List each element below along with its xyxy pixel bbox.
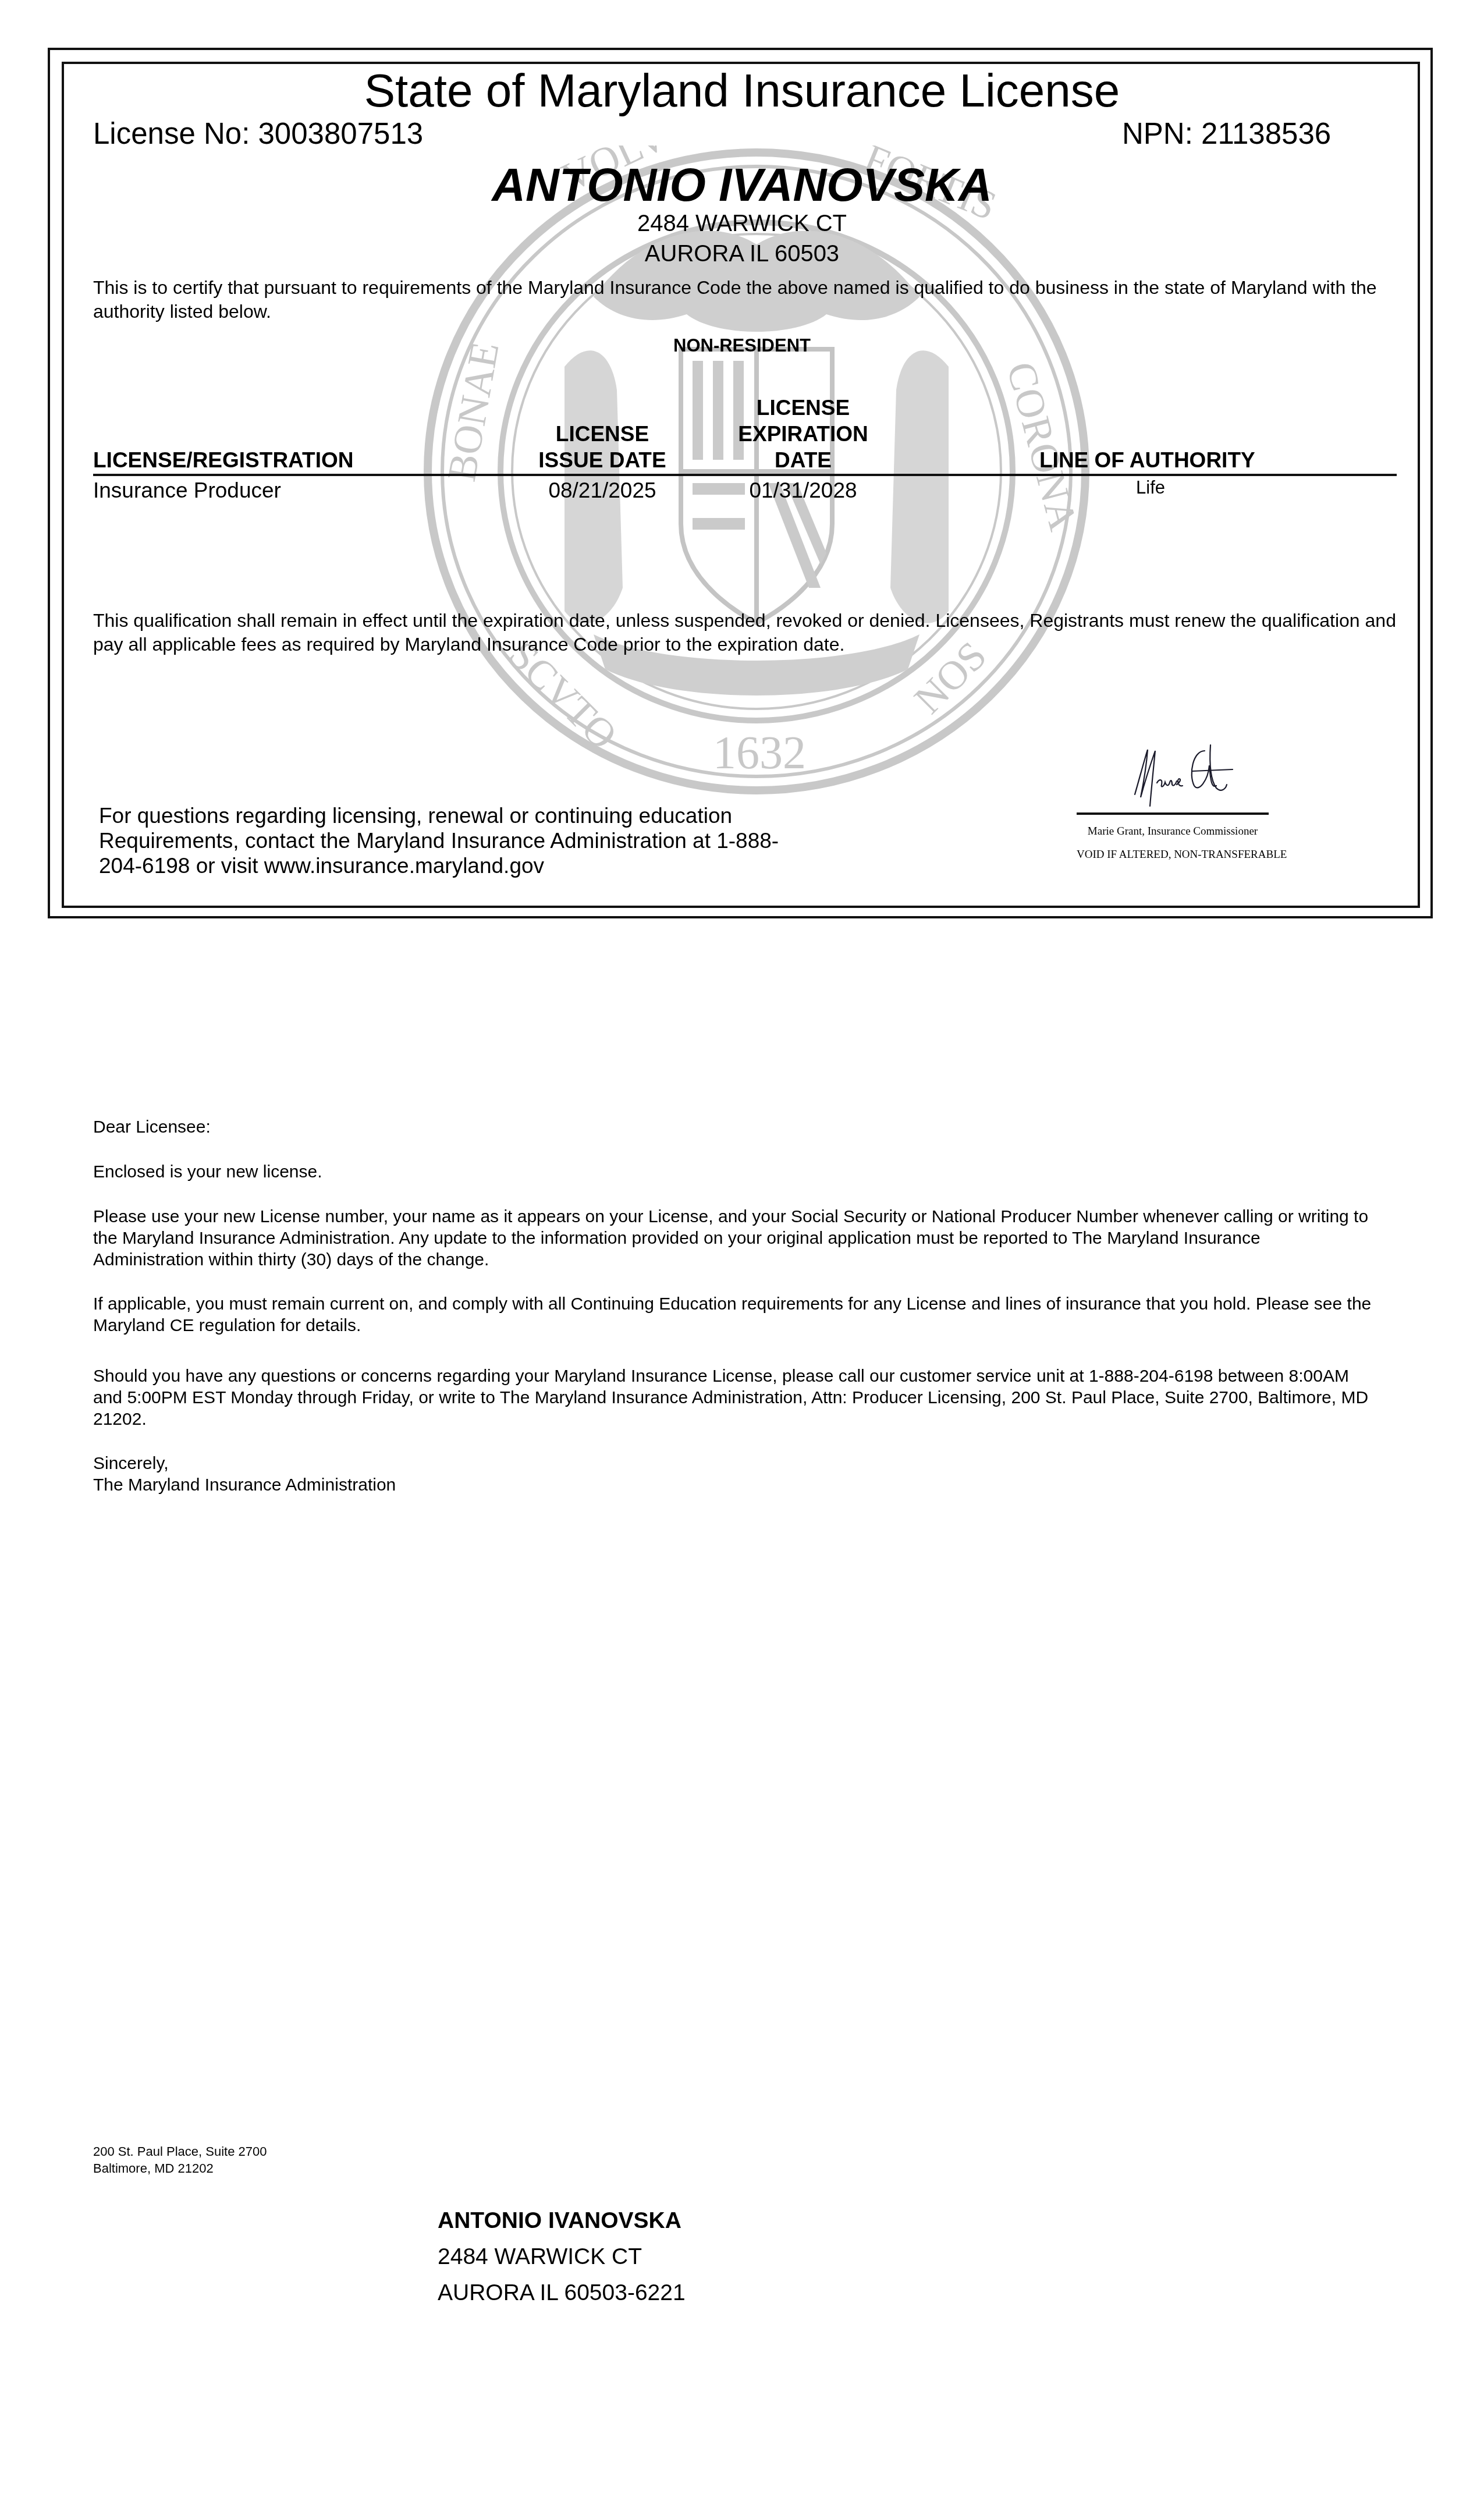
qualification-statement: This qualification shall remain in effec… xyxy=(93,609,1403,657)
license-number: License No: 3003807513 xyxy=(93,116,423,151)
letter-closing: Sincerely, The Maryland Insurance Admini… xyxy=(93,1453,1373,1496)
licensee-address-line1: 2484 WARWICK CT xyxy=(0,211,1484,237)
svg-text:1632: 1632 xyxy=(713,728,806,779)
signer-name: Marie Grant, Insurance Commissioner xyxy=(1077,825,1269,838)
recipient-address-line1: 2484 WARWICK CT xyxy=(438,2244,642,2270)
signature-line xyxy=(1077,812,1269,815)
licensee-name: ANTONIO IVANOVSKA xyxy=(0,158,1484,212)
letter-paragraph-1: Please use your new License number, your… xyxy=(93,1206,1373,1271)
header-issue-date: LICENSE ISSUE DATE xyxy=(527,421,678,473)
letter-sender: The Maryland Insurance Administration xyxy=(93,1474,1373,1496)
header-expiration-date: LICENSE EXPIRATION DATE xyxy=(722,395,885,473)
cell-line-of-authority: Life xyxy=(1136,477,1165,498)
npn-value: 21138536 xyxy=(1201,117,1331,150)
license-number-value: 3003807513 xyxy=(258,117,424,150)
license-number-label: License No: xyxy=(93,117,250,150)
cell-expiration-date: 01/31/2028 xyxy=(722,478,885,503)
return-address-line2: Baltimore, MD 21202 xyxy=(93,2160,267,2177)
letter-paragraph-3: Should you have any questions or concern… xyxy=(93,1365,1373,1430)
letter-enclosed: Enclosed is your new license. xyxy=(93,1161,1373,1183)
header-line-of-authority: LINE OF AUTHORITY xyxy=(1039,447,1255,473)
licensee-address-line2: AURORA IL 60503 xyxy=(0,241,1484,267)
return-address-line1: 200 St. Paul Place, Suite 2700 xyxy=(93,2143,267,2160)
letter-salutation: Dear Licensee: xyxy=(93,1116,1373,1138)
cell-license-registration: Insurance Producer xyxy=(93,478,281,503)
void-notice: VOID IF ALTERED, NON-TRANSFERABLE xyxy=(1077,849,1269,861)
table-header-divider xyxy=(93,474,1397,476)
certification-statement: This is to certify that pursuant to requ… xyxy=(93,276,1403,324)
recipient-address-line2: AURORA IL 60503-6221 xyxy=(438,2280,686,2306)
recipient-name: ANTONIO IVANOVSKA xyxy=(438,2208,681,2234)
certificate-title: State of Maryland Insurance License xyxy=(0,64,1484,118)
letter-paragraph-2: If applicable, you must remain current o… xyxy=(93,1293,1373,1336)
npn-number: NPN: 21138536 xyxy=(1122,116,1331,151)
cell-issue-date: 08/21/2025 xyxy=(527,478,678,503)
npn-label: NPN: xyxy=(1122,117,1193,150)
residency-status: NON-RESIDENT xyxy=(0,335,1484,356)
return-address: 200 St. Paul Place, Suite 2700 Baltimore… xyxy=(93,2143,267,2177)
letter-closing-text: Sincerely, xyxy=(93,1453,1373,1474)
contact-info: For questions regarding licensing, renew… xyxy=(99,803,797,878)
commissioner-signature-icon xyxy=(1123,739,1234,809)
header-license-registration: LICENSE/REGISTRATION xyxy=(93,447,353,473)
